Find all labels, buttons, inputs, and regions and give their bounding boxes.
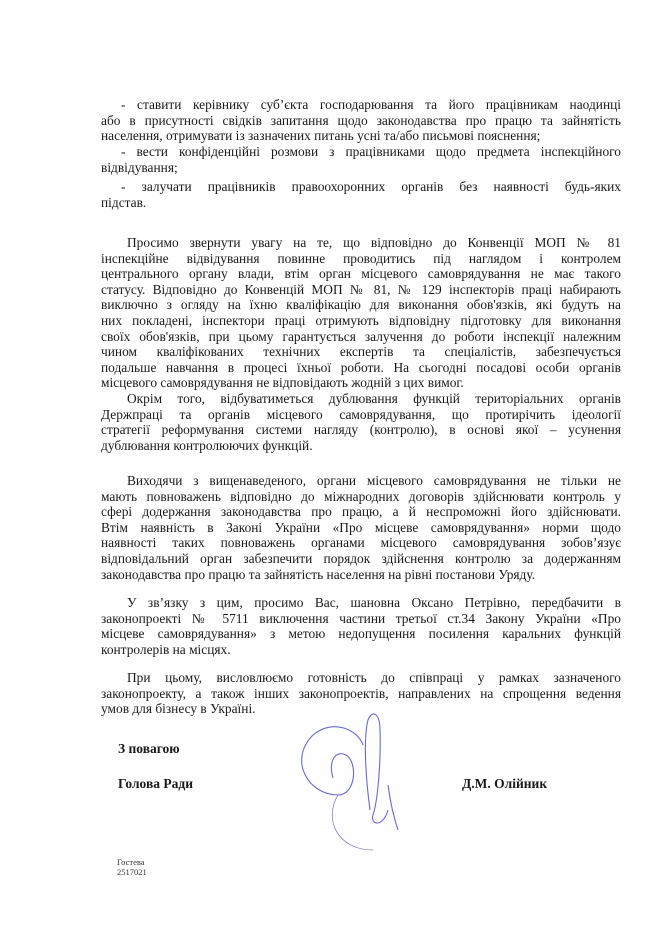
text-line: - ставити керівнику суб’єкта господарюва… [101,97,621,113]
text-line: центрального органу влади, втім орган мі… [101,266,621,282]
text-line: них покладені, інспектори праці отримуют… [101,313,621,329]
text-line: сфері додержання законодавства про працю… [101,504,621,520]
text-line: законопроекті № 5711 виключення частини … [101,611,621,627]
text-line: стратегії реформування системи нагляду (… [101,422,621,438]
text-line: чином кваліфікованих технічних експертів… [101,344,621,360]
text-line: - вести конфіденційні розмови з працівни… [101,144,621,160]
text-line: контролерів на місцях. [101,642,621,658]
paragraph: Просимо звернути увагу на те, що відпові… [101,235,621,391]
text-line: відповідальний орган забезпечити порядок… [101,551,621,567]
text-line: Просимо звернути увагу на те, що відпові… [101,235,621,251]
paragraph: У зв’язку з цим, просимо Вас, шановна Ок… [101,595,621,657]
text-line: підстав. [101,195,621,211]
executor-phone: 2517021 [117,867,147,877]
closing-regards: З повагою [118,741,180,757]
text-line: відвідування; [101,160,621,176]
text-line: подальше навчання в процесі їхньої робот… [101,360,621,376]
bullet-item: - залучати працівників правоохоронних ор… [101,179,621,210]
handwritten-signature-icon [278,700,428,860]
paragraph: Окрім того, відбуватиметься дублювання ф… [101,391,621,453]
text-line: Виходячи з вищенаведеного, органи місцев… [101,473,621,489]
text-line: Втім наявність в Законі України «Про міс… [101,520,621,536]
text-line: місцевого самоврядування не відповідають… [101,375,621,391]
text-line: мають повноважень відповідно до міжнарод… [101,489,621,505]
text-line: інспекційне відвідування повинне проводи… [101,251,621,267]
text-line: місцеве самоврядування» з метою недопуще… [101,626,621,642]
text-line: Держпраці та органів місцевого самовряду… [101,407,621,423]
text-line: населення, отримувати із зазначених пита… [101,128,621,144]
text-line: законопроекту, а також інших законопроек… [101,686,621,702]
text-line: Окрім того, відбуватиметься дублювання ф… [101,391,621,407]
bullet-item: - ставити керівнику суб’єкта господарюва… [101,97,621,144]
document-page: - ставити керівнику суб’єкта господарюва… [0,0,668,945]
signatory-position: Голова Ради [118,776,193,792]
bullet-item: - вести конфіденційні розмови з працівни… [101,144,621,175]
paragraph: Виходячи з вищенаведеного, органи місцев… [101,473,621,582]
text-line: При цьому, висловлюємо готовність до спі… [101,670,621,686]
text-line: - залучати працівників правоохоронних ор… [101,179,621,195]
text-line: наявності таких повноважень органами міс… [101,535,621,551]
signatory-name: Д.М. Олійник [462,776,547,792]
text-line: законодавства про працю та зайнятість на… [101,567,621,583]
text-line: своїх обов'язків, при цьому гарантується… [101,329,621,345]
text-line: дублювання контролюючих функцій. [101,438,621,454]
text-line: У зв’язку з цим, просимо Вас, шановна Ок… [101,595,621,611]
text-line: статусу. Відповідно до Конвенцій МОП № 8… [101,282,621,298]
text-line: або в присутності свідків запитання щодо… [101,113,621,129]
executor-name: Гостева [117,857,145,867]
text-line: виключно з огляду на їхню кваліфікацію д… [101,297,621,313]
